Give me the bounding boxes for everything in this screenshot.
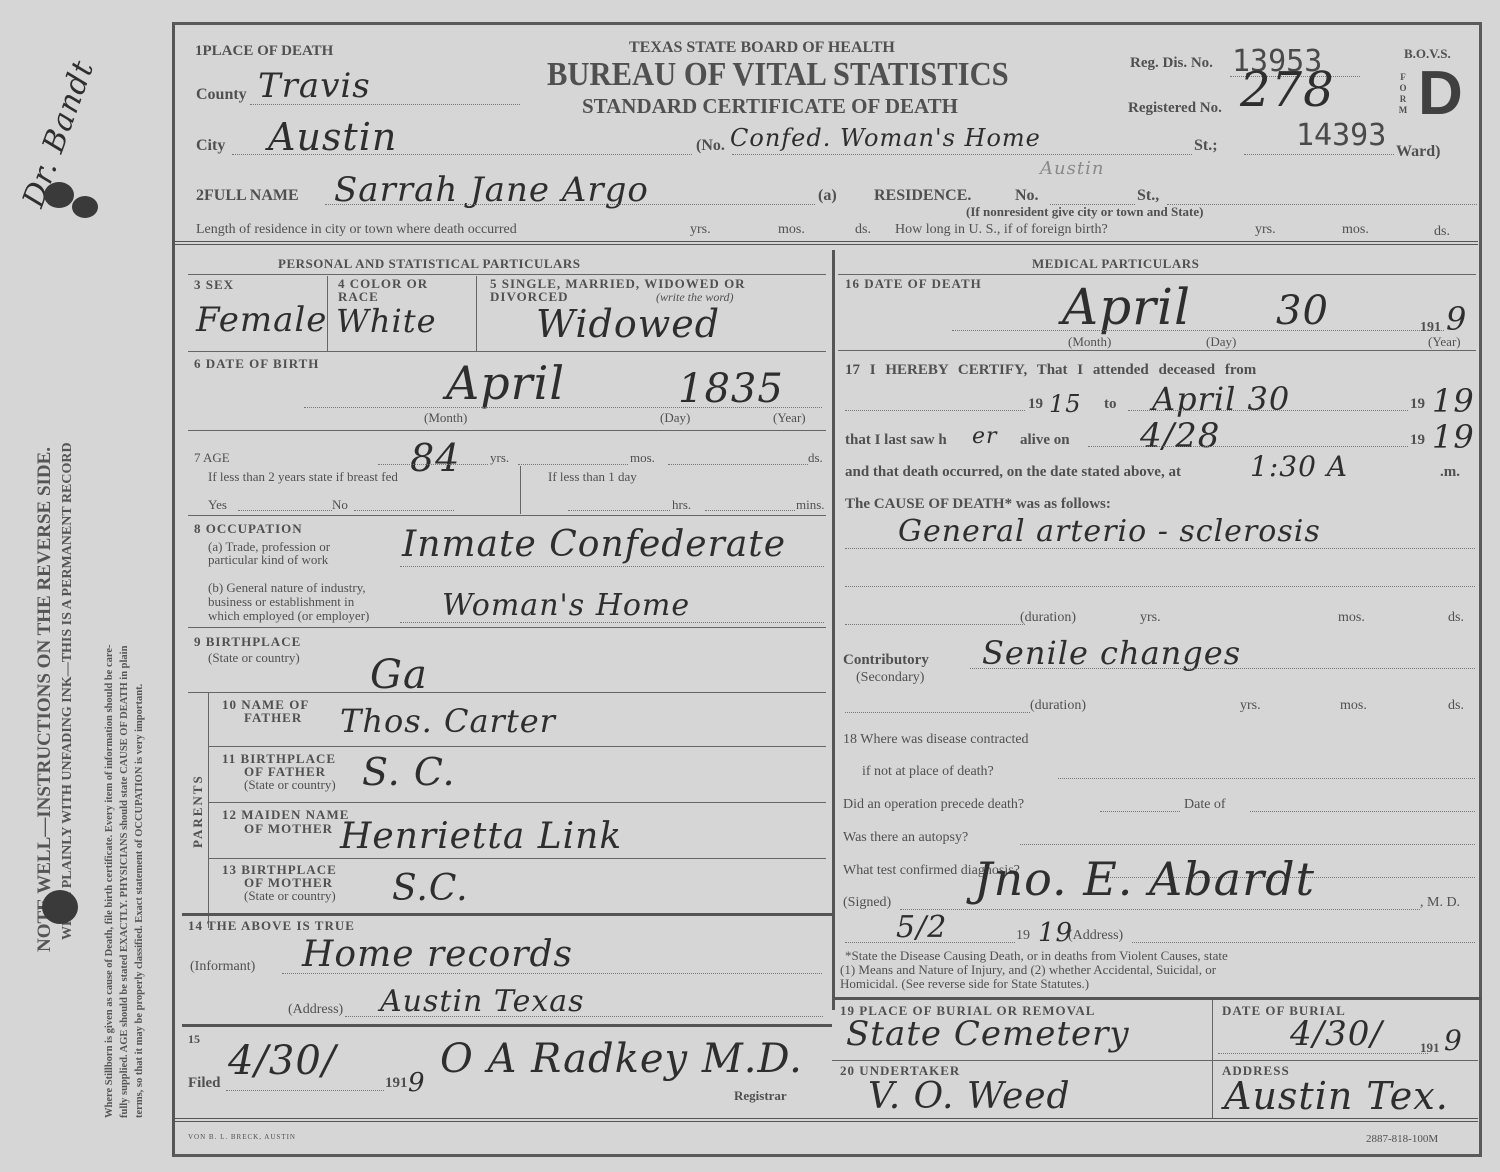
board-title: TEXAS STATE BOARD OF HEALTH	[629, 39, 895, 57]
secondary-ds: ds.	[1448, 698, 1464, 714]
contributory-value: Senile changes	[982, 634, 1241, 672]
full-name-label: 2FULL NAME	[196, 187, 299, 205]
burial-date-value: 4/30/	[1290, 1014, 1383, 1054]
breastfed-yes: Yes	[208, 497, 227, 513]
undertaker-value: V. O. Weed	[868, 1076, 1071, 1117]
column-divider	[832, 250, 835, 1010]
occ-a-label-2: particular kind of work	[208, 552, 328, 568]
place-of-death-label: 1PLACE OF DEATH	[195, 43, 333, 60]
dob-year: 1835	[678, 366, 784, 412]
registrar-signature: O A Radkey M.D.	[440, 1036, 803, 1082]
header-divider	[175, 241, 1478, 245]
hrs-label: hrs.	[672, 497, 691, 513]
dod-year-suffix: 9	[1446, 300, 1467, 338]
county-value: Travis	[258, 66, 371, 106]
certify-statement: 17 I HEREBY CERTIFY, That I attended dec…	[845, 362, 1256, 379]
last-saw-her: er	[972, 424, 998, 449]
informant-address-label: (Address)	[288, 1002, 343, 1018]
occupation-label: 8 OCCUPATION	[194, 521, 303, 537]
autopsy-label: Was there an autopsy?	[843, 830, 968, 846]
dob-year-caption: (Year)	[773, 410, 806, 426]
street-no-value: Confed. Woman's Home	[730, 124, 1041, 152]
cause-label: The CAUSE OF DEATH* was as follows:	[845, 496, 1111, 513]
physician-signature: Jno. E. Abardt	[974, 852, 1315, 906]
residence-pencil: Austin	[1040, 158, 1104, 179]
operation-date-label: Date of	[1184, 797, 1226, 813]
county-label: County	[196, 86, 247, 104]
last-saw-year-prefix: 19	[1410, 432, 1425, 449]
residence-a-label: (a)	[818, 187, 837, 205]
residence-label: RESIDENCE.	[874, 187, 971, 205]
ink-blot	[42, 890, 78, 924]
filed-year-suffix: 9	[408, 1068, 426, 1098]
cause-value: General arterio - sclerosis	[898, 514, 1321, 549]
color-race-value: White	[336, 302, 437, 340]
last-saw-year: 19	[1432, 418, 1475, 456]
breastfed-label: If less than 2 years state if breast fed	[208, 469, 398, 485]
marital-status-value: Widowed	[536, 302, 720, 346]
signed-date: 5/2	[896, 910, 947, 945]
dod-day-caption: (Day)	[1206, 334, 1236, 350]
occ-b-label-3: which employed (or employer)	[208, 608, 369, 624]
registrar-label: Registrar	[734, 1088, 787, 1104]
burial-place-value: State Cemetery	[846, 1014, 1130, 1054]
mother-label-2: OF MOTHER	[244, 821, 333, 837]
dob-month-caption: (Month)	[424, 410, 467, 426]
mother-birthplace-label-3: (State or country)	[244, 888, 336, 904]
secondary-mos: mos.	[1340, 698, 1367, 714]
dod-label: 16 DATE OF DEATH	[845, 276, 982, 292]
father-birthplace-label-3: (State or country)	[244, 777, 336, 793]
breastfed-no: No	[332, 497, 348, 513]
registered-value: 278	[1240, 62, 1335, 118]
city-value: Austin	[268, 115, 397, 159]
stamp-number: 14393	[1296, 118, 1386, 153]
registered-label: Registered No.	[1128, 100, 1222, 117]
signed-year-prefix: 19	[1016, 928, 1030, 944]
md-label: , M. D.	[1420, 895, 1460, 911]
time-suffix: .m.	[1440, 464, 1460, 481]
age-yrs: yrs.	[490, 450, 509, 466]
informant-address-value: Austin Texas	[380, 984, 585, 1019]
primary-yrs: yrs.	[1140, 610, 1161, 626]
signed-label: (Signed)	[843, 895, 891, 911]
length-ds: ds.	[855, 222, 871, 238]
attended-to-prefix: 19	[1410, 396, 1425, 413]
city-label: City	[196, 137, 225, 155]
secondary-duration-label: (duration)	[1030, 698, 1086, 714]
father-value: Thos. Carter	[340, 702, 556, 740]
attended-to-date: April 30	[1152, 380, 1290, 418]
margin-instructions-3: terms, so that it may be properly classi…	[134, 684, 145, 1118]
mother-value: Henrietta Link	[340, 816, 622, 857]
dod-month: April	[1062, 278, 1191, 336]
death-occurred-label: and that death occurred, on the date sta…	[845, 464, 1181, 481]
burial-year-suffix: 9	[1444, 1024, 1463, 1057]
q18-label-2: if not at place of death?	[862, 764, 994, 780]
operation-label: Did an operation precede death?	[843, 797, 1024, 813]
q18-label-1: 18 Where was disease contracted	[843, 732, 1029, 748]
foreign-yrs: yrs.	[1255, 222, 1276, 238]
certificate-title: STANDARD CERTIFICATE OF DEATH	[582, 94, 958, 119]
above-true-label: 14 THE ABOVE IS TRUE	[188, 918, 355, 934]
last-saw-label: that I last saw h	[845, 432, 947, 449]
form-letter: D	[1418, 58, 1463, 129]
filed-label: Filed	[188, 1075, 221, 1092]
dod-month-caption: (Month)	[1068, 334, 1111, 350]
marital-status-label: 5 SINGLE, MARRIED, WIDOWED OR DIVORCED	[490, 277, 820, 303]
primary-ds: ds.	[1448, 610, 1464, 626]
age-value: 84	[410, 436, 460, 480]
primary-mos: mos.	[1338, 610, 1365, 626]
medical-section-title: MEDICAL PARTICULARS	[1032, 256, 1199, 272]
margin-instructions-2: fully supplied. AGE should be stated EXA…	[119, 646, 130, 1118]
sex-value: Female	[196, 300, 327, 340]
dod-year-caption: (Year)	[1428, 334, 1461, 350]
attended-from-year: 15	[1049, 390, 1082, 418]
mins-label: mins.	[796, 497, 825, 513]
ink-blot	[44, 182, 74, 208]
occ-b-value: Woman's Home	[442, 588, 690, 623]
form-code: 2887-818-100M	[1366, 1133, 1438, 1145]
reg-dis-label: Reg. Dis. No.	[1130, 55, 1213, 72]
foreign-mos: mos.	[1342, 222, 1369, 238]
contributory-label: Contributory	[843, 652, 929, 669]
dob-day-caption: (Day)	[660, 410, 690, 426]
age-ds: ds.	[808, 450, 823, 466]
mother-birthplace-value: S.C.	[392, 868, 469, 909]
color-race-label: 4 COLOR OR RACE	[338, 277, 458, 303]
attended-from-prefix: 19	[1028, 396, 1043, 413]
street-label: St.;	[1194, 137, 1218, 155]
time-of-death: 1:30 A	[1250, 450, 1348, 483]
burial-address-value: Austin Tex.	[1224, 1074, 1449, 1118]
death-certificate: NOTE WELL—INSTRUCTIONS ON THE REVERSE SI…	[0, 0, 1500, 1172]
attended-to-year: 19	[1432, 382, 1475, 420]
father-birthplace-value: S. C.	[362, 750, 456, 794]
residence-no-label: No.	[1015, 187, 1039, 205]
printer-mark: VON B. L. BRECK, AUSTIN	[188, 1133, 296, 1141]
informant-label: (Informant)	[190, 959, 255, 975]
informant-value: Home records	[302, 934, 573, 975]
margin-write-plainly: WRITE PLAINLY WITH UNFADING INK—THIS IS …	[60, 442, 76, 940]
foreign-birth-label: How long in U. S., if of foreign birth?	[895, 222, 1108, 238]
length-yrs: yrs.	[690, 222, 711, 238]
dod-day: 30	[1276, 288, 1329, 334]
alive-on-label: alive on	[1020, 432, 1070, 449]
street-no-label: (No.	[696, 137, 725, 155]
ink-blot	[72, 196, 98, 218]
physician-address-label: (Address)	[1068, 928, 1123, 944]
length-residence-label: Length of residence in city or town wher…	[196, 222, 517, 238]
filed-year-prefix: 191	[385, 1075, 408, 1092]
margin-instructions-1: Where Stillborn is given as cause of Dea…	[104, 645, 115, 1119]
birthplace-label: 9 BIRTHPLACE	[194, 634, 301, 650]
length-mos: mos.	[778, 222, 805, 238]
age-mos: mos.	[630, 450, 655, 466]
form-label: FORM	[1398, 72, 1408, 116]
residence-st-label: St.,	[1137, 187, 1159, 205]
foreign-ds: ds.	[1434, 224, 1450, 240]
residence-note: (If nonresident give city or town and St…	[966, 204, 1204, 220]
ward-label: Ward)	[1396, 143, 1440, 161]
bureau-title: BUREAU OF VITAL STATISTICS	[547, 56, 1009, 94]
last-saw-date: 4/28	[1140, 416, 1220, 456]
burial-year-prefix: 191	[1420, 1040, 1440, 1056]
footnote-3: Homicidal. (See reverse side for State S…	[840, 976, 1089, 992]
less-than-day-label: If less than 1 day	[548, 469, 637, 485]
father-label-2: FATHER	[244, 710, 302, 726]
filed-date: 4/30/	[228, 1038, 336, 1084]
personal-section-title: PERSONAL AND STATISTICAL PARTICULARS	[278, 256, 581, 272]
attended-to-label: to	[1104, 396, 1117, 413]
secondary-label: (Secondary)	[856, 670, 924, 686]
primary-duration-label: (duration)	[1020, 610, 1076, 626]
secondary-yrs: yrs.	[1240, 698, 1261, 714]
margin-note-well: NOTE WELL—INSTRUCTIONS ON THE REVERSE SI…	[34, 447, 56, 952]
birthplace-sub: (State or country)	[208, 650, 300, 666]
dob-label: 6 DATE OF BIRTH	[194, 356, 319, 372]
filed-number: 15	[188, 1032, 200, 1047]
parents-label: PARENTS	[190, 774, 206, 848]
age-label: 7 AGE	[194, 450, 230, 466]
occ-a-value: Inmate Confederate	[402, 524, 786, 565]
dob-month: April	[446, 356, 565, 410]
sex-label: 3 SEX	[194, 277, 234, 293]
